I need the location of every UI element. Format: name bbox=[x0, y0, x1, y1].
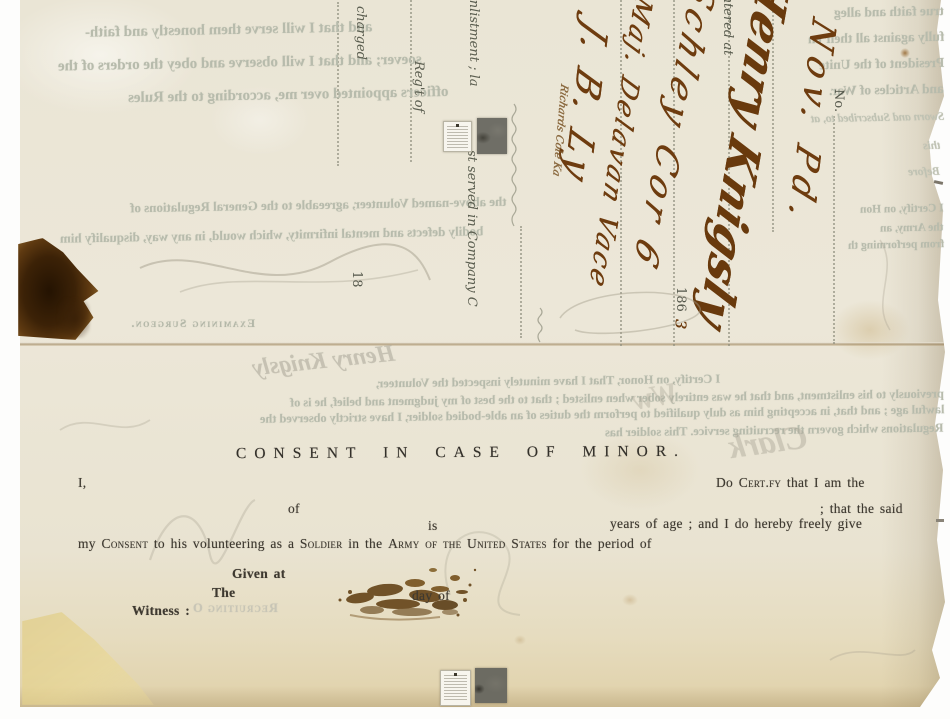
bleed-surgeon-line: I Certify, on Hon bbox=[860, 202, 944, 215]
bleed-before-line: Before bbox=[908, 166, 940, 179]
thumbnail-text-lines bbox=[447, 126, 468, 148]
scan-artifact-document-thumbnail bbox=[440, 670, 471, 706]
thumbnail-text-lines bbox=[444, 675, 467, 702]
certify-word: Cert.fy bbox=[739, 475, 781, 490]
thumbnail-mark bbox=[456, 124, 459, 127]
panel-label-186: 186 bbox=[673, 287, 688, 312]
fold-crease bbox=[20, 342, 944, 346]
dotted-line bbox=[520, 226, 522, 338]
bleed-this-line: this bbox=[923, 140, 940, 152]
scan-artifact-gray-square bbox=[475, 668, 507, 703]
consent-is: is bbox=[428, 518, 438, 534]
consent-body-line: my Consent to his volunteering as a Sold… bbox=[78, 536, 652, 552]
panel-label-regt-of: Reg't of bbox=[411, 61, 426, 112]
consent-witness: Witness : bbox=[132, 603, 190, 619]
scan-artifact-document-thumbnail bbox=[443, 121, 472, 152]
bleed-recruiting: Recruiting O bbox=[192, 601, 278, 616]
bleed-surgeon-line: the Army, an bbox=[880, 221, 944, 234]
consent-word: Consent bbox=[102, 536, 149, 551]
consent-i: I, bbox=[78, 475, 86, 491]
bleed-oath-line: true faith and alleg bbox=[834, 3, 944, 21]
soldier-word: Soldier bbox=[300, 536, 343, 551]
consent-that-the-said: ; that the said bbox=[820, 501, 903, 517]
consent-certify-line: Do Cert.fy that I am the bbox=[716, 475, 865, 491]
consent-day-of: day of bbox=[412, 588, 450, 604]
panel-label-18: 18 bbox=[349, 271, 364, 288]
panel-label-served: st served in Company C bbox=[464, 150, 479, 307]
ink-stain-satellite bbox=[58, 298, 90, 338]
certify-pre: Do bbox=[716, 475, 739, 490]
panel-label-entered-at: entered at bbox=[720, 0, 735, 55]
army-words: Army of the United States bbox=[388, 536, 547, 551]
consent-f1: my bbox=[78, 536, 102, 551]
consent-f5: in the bbox=[343, 536, 389, 551]
scanned-document-page: and that I will serve them honestly and … bbox=[0, 0, 950, 719]
bleed-examining-surgeon: Examining Surgeon. bbox=[130, 318, 255, 330]
edge-mark bbox=[936, 519, 944, 522]
scan-artifact-gray-square bbox=[477, 118, 507, 154]
bleed-surgeon-line: from performing th bbox=[848, 238, 944, 252]
consent-years-line: years of age ; and I do hereby freely gi… bbox=[610, 516, 862, 532]
bleed-oath-line: and Articles of War. bbox=[829, 81, 944, 99]
handwriting-year-digit: 3 bbox=[671, 318, 690, 329]
edge-mark bbox=[934, 180, 943, 185]
consent-f7: for the period of bbox=[547, 536, 652, 551]
consent-given-at: Given at bbox=[232, 566, 286, 582]
consent-of: of bbox=[288, 501, 300, 517]
consent-title: CONSENT IN CASE OF MINOR. bbox=[236, 443, 686, 463]
consent-the: The bbox=[212, 585, 235, 601]
thumbnail-mark bbox=[454, 673, 457, 676]
consent-f3: to his volunteering as a bbox=[148, 536, 300, 551]
dotted-line bbox=[833, 116, 835, 344]
certify-post: that I am the bbox=[781, 475, 864, 490]
panel-label-charged: charged bbox=[353, 6, 368, 60]
panel-label-enlistment: enlistment ; la bbox=[466, 0, 481, 86]
